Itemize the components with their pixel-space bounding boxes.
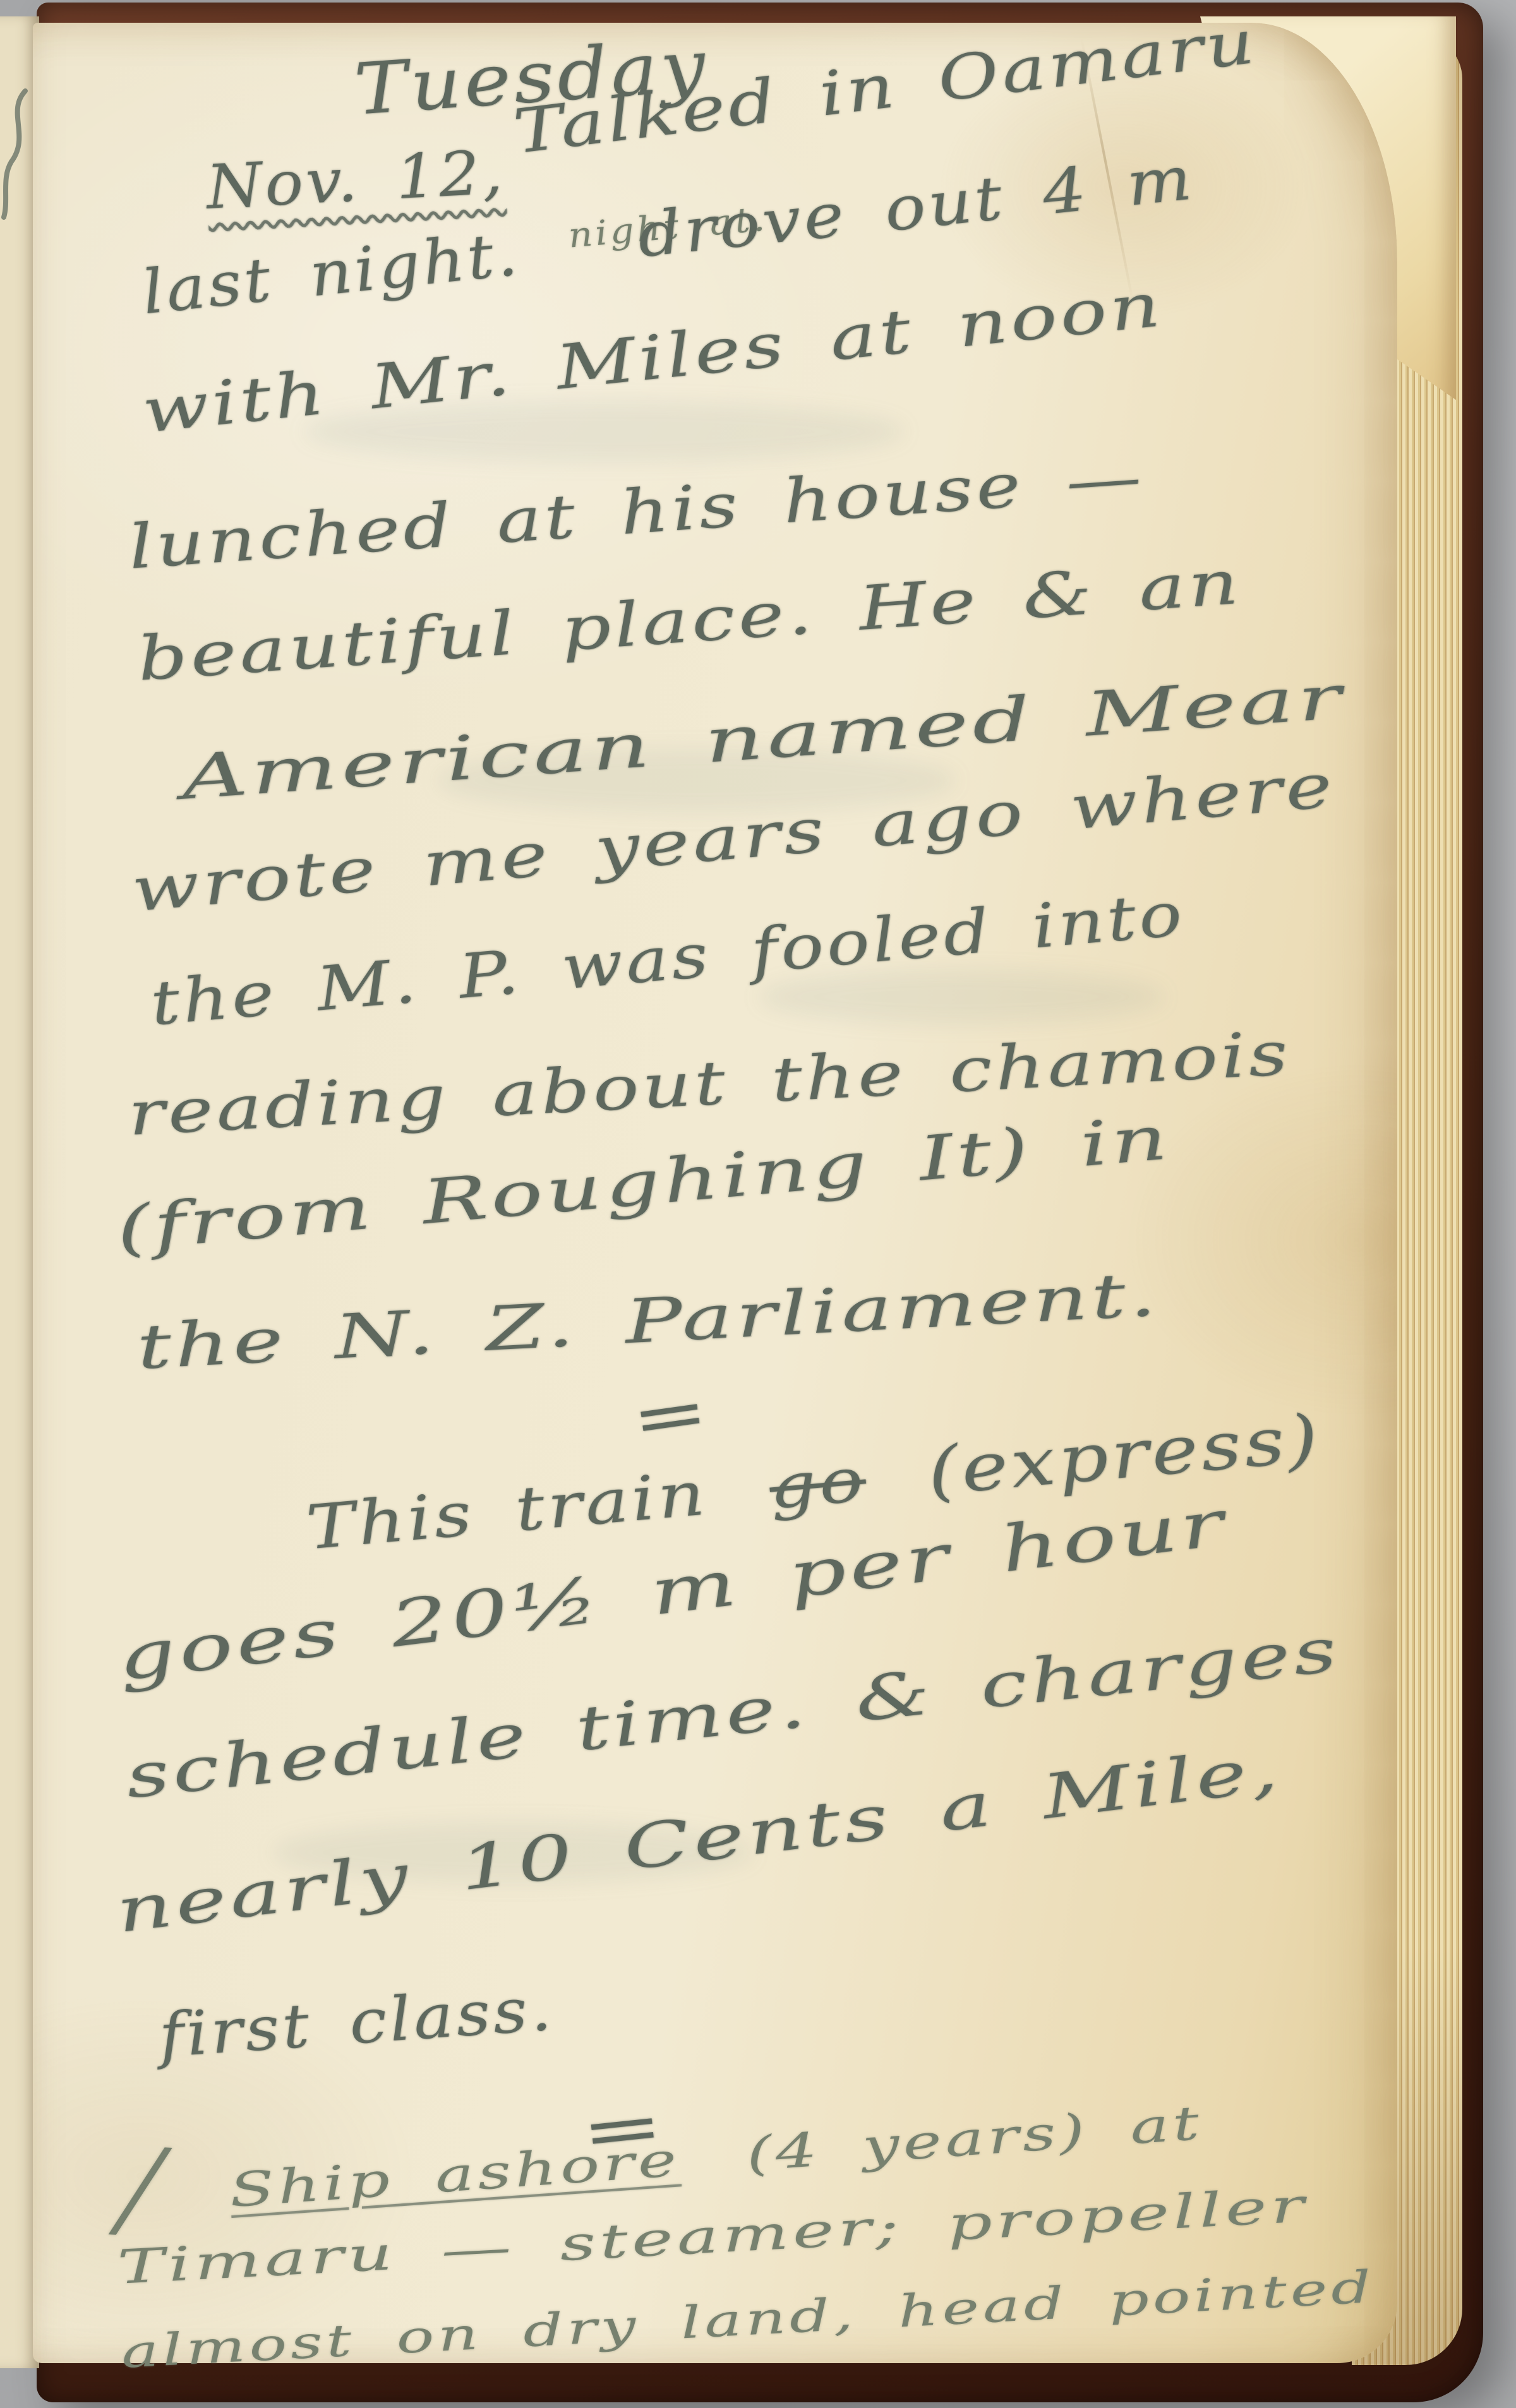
line-last-night: last night. — [139, 218, 523, 328]
line-lunched: lunched at his house — — [126, 441, 1146, 583]
section-divider-1: = — [627, 1370, 716, 1461]
line-first-class: first class. — [157, 1973, 556, 2071]
ship-ashore-rest: (4 years) at — [745, 2096, 1205, 2182]
slash-mark: / — [113, 2125, 171, 2253]
struck-word-go: go — [766, 1444, 869, 1523]
notebook-page: Tuesday Nov. 12, Talked in Oamaru last n… — [33, 23, 1397, 2363]
notebook-photo: Tuesday Nov. 12, Talked in Oamaru last n… — [0, 0, 1516, 2408]
line-parliament: the N. Z. Parliament. — [135, 1259, 1161, 1383]
ship-ashore-underlined: Ship ashore — [227, 2132, 682, 2218]
train-line-text: This train — [304, 1458, 711, 1563]
date-heading: Nov. 12, — [205, 136, 507, 223]
express-parenthetical: (express) — [925, 1401, 1325, 1511]
line-drove-out: drove out 4 m — [634, 143, 1198, 272]
